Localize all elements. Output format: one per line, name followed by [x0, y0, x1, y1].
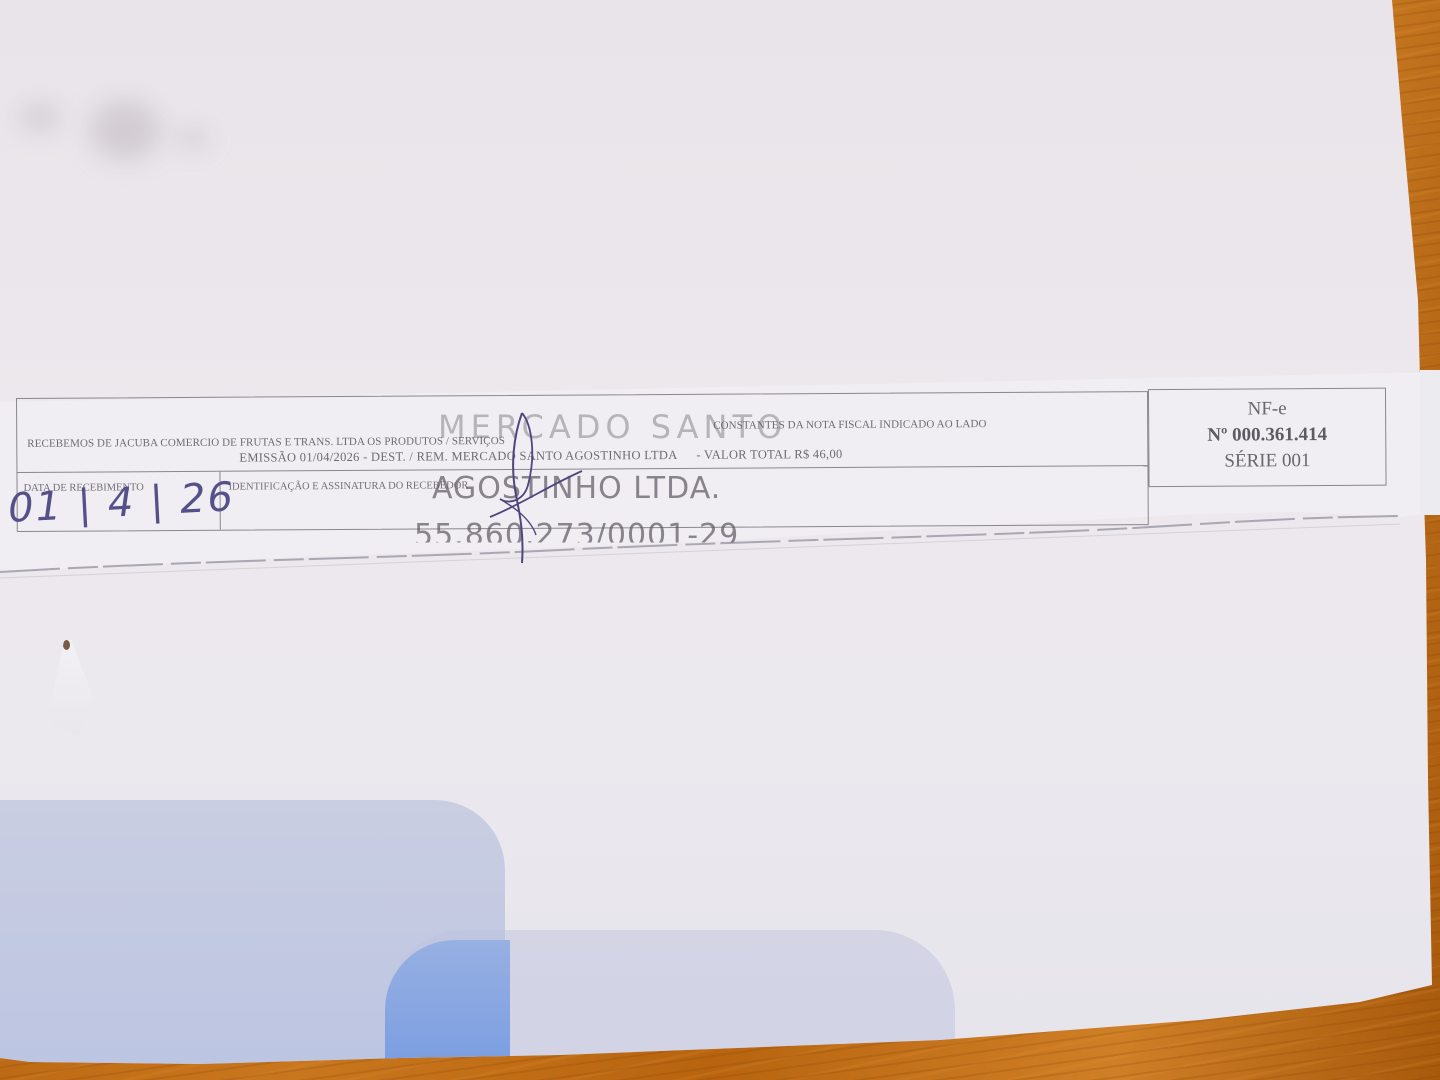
stub-edge	[1420, 370, 1440, 515]
paper-smudge	[20, 105, 60, 130]
tear-mark	[63, 640, 70, 650]
nfe-title: NF-e	[1149, 398, 1385, 421]
nfe-identification: NF-e Nº 000.361.414 SÉRIE 001	[1148, 388, 1387, 487]
handwritten-signature	[470, 405, 610, 565]
paper-smudge	[90, 100, 160, 160]
nfe-number: Nº 000.361.414	[1149, 424, 1385, 447]
paper-smudge	[175, 130, 210, 146]
paper-tear	[45, 640, 93, 735]
nfe-series: SÉRIE 001	[1149, 450, 1385, 473]
